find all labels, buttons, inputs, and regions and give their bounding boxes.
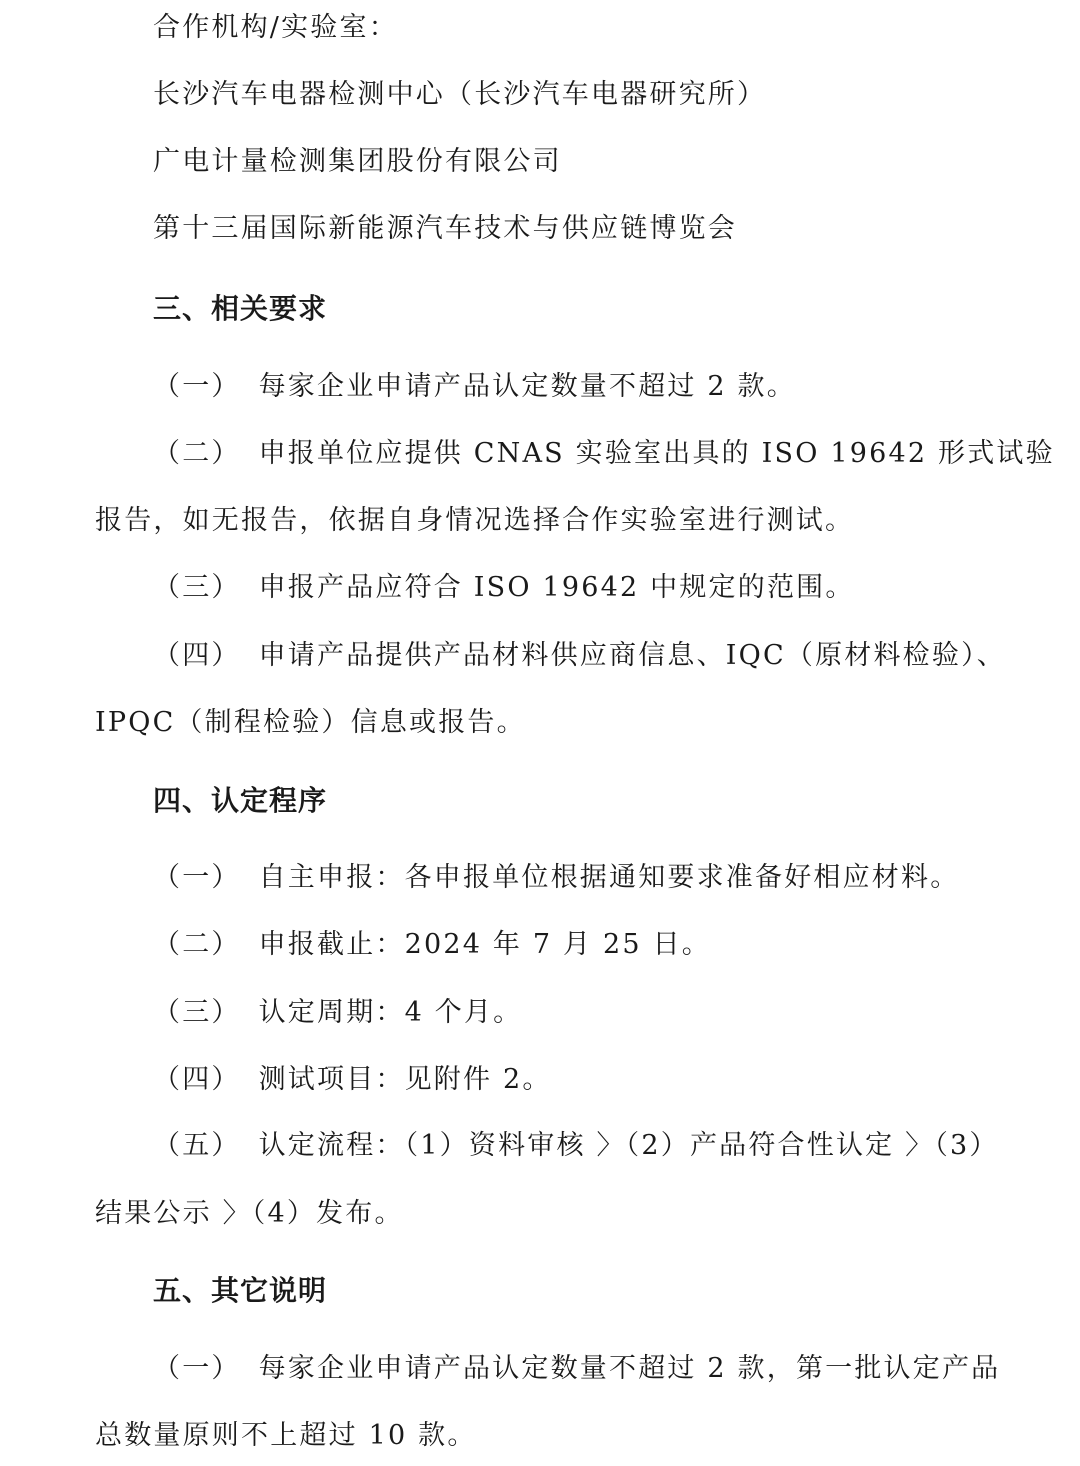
list-item: （三）申报产品应符合 ISO 19642 中规定的范围。: [153, 568, 855, 608]
item-text: 认定周期：4 个月。: [259, 997, 523, 1028]
item-text: 申报产品应符合 ISO 19642 中规定的范围。: [259, 572, 855, 603]
list-item: （五）认定流程：（1）资料审核 〉（2）产品符合性认定 〉（3）: [153, 1126, 999, 1166]
list-item: （一）自主申报：各申报单位根据通知要求准备好相应材料。: [153, 858, 959, 898]
section-heading: 五、其它说明: [153, 1271, 327, 1311]
item-marker: （一）: [153, 371, 241, 402]
partners-label: 合作机构/实验室：: [153, 8, 398, 48]
list-item: （二）申报单位应提供 CNAS 实验室出具的 ISO 19642 形式试验: [153, 434, 1055, 474]
item-text: 测试项目：见附件 2。: [259, 1064, 552, 1095]
item-marker: （一）: [153, 1353, 241, 1384]
list-item: （四）申请产品提供产品材料供应商信息、IQC（原材料检验）、: [153, 636, 1006, 676]
item-continuation: 报告，如无报告，依据自身情况选择合作实验室进行测试。: [95, 501, 854, 541]
item-marker: （二）: [153, 438, 241, 469]
partner-item: 长沙汽车电器检测中心（长沙汽车电器研究所）: [153, 75, 766, 115]
item-text: 每家企业申请产品认定数量不超过 2 款，第一批认定产品: [259, 1353, 1001, 1384]
list-item: （四）测试项目：见附件 2。: [153, 1060, 552, 1100]
partner-item: 第十三届国际新能源汽车技术与供应链博览会: [153, 209, 737, 249]
item-text: 认定流程：（1）资料审核 〉（2）产品符合性认定 〉（3）: [259, 1130, 999, 1161]
document-page: 合作机构/实验室： 长沙汽车电器检测中心（长沙汽车电器研究所） 广电计量检测集团…: [0, 0, 1080, 1466]
section-heading: 四、认定程序: [153, 781, 327, 821]
item-continuation: 结果公示 〉（4）发布。: [95, 1194, 404, 1234]
item-marker: （一）: [153, 862, 241, 893]
item-text: 自主申报：各申报单位根据通知要求准备好相应材料。: [259, 862, 960, 893]
list-item: （二）申报截止：2024 年 7 月 25 日。: [153, 925, 711, 965]
item-continuation: IPQC（制程检验）信息或报告。: [95, 703, 526, 743]
item-text: 每家企业申请产品认定数量不超过 2 款。: [259, 371, 796, 402]
item-marker: （四）: [153, 640, 241, 671]
item-text: 申报截止：2024 年 7 月 25 日。: [259, 929, 711, 960]
item-marker: （三）: [153, 572, 241, 603]
item-text: 申请产品提供产品材料供应商信息、IQC（原材料检验）、: [259, 640, 1006, 671]
item-marker: （三）: [153, 997, 241, 1028]
list-item: （一）每家企业申请产品认定数量不超过 2 款，第一批认定产品: [153, 1349, 1000, 1389]
item-marker: （二）: [153, 929, 241, 960]
item-continuation: 总数量原则不上超过 10 款。: [95, 1416, 477, 1456]
item-marker: （五）: [153, 1130, 241, 1161]
item-marker: （四）: [153, 1064, 241, 1095]
list-item: （三）认定周期：4 个月。: [153, 993, 522, 1033]
partner-item: 广电计量检测集团股份有限公司: [153, 142, 562, 182]
section-heading: 三、相关要求: [153, 289, 327, 329]
item-text: 申报单位应提供 CNAS 实验室出具的 ISO 19642 形式试验: [259, 438, 1055, 469]
list-item: （一）每家企业申请产品认定数量不超过 2 款。: [153, 367, 796, 407]
